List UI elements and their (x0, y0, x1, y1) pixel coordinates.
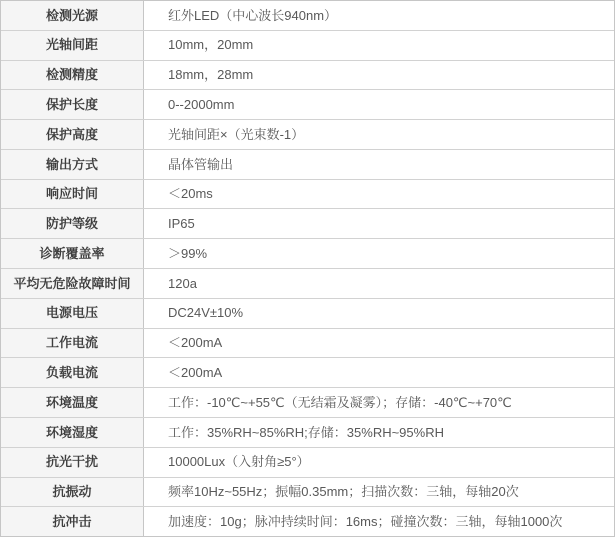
spec-row-shock-resistance: 抗冲击 加速度：10g；脉冲持续时间：16ms；碰撞次数：三轴，每轴1000次 (1, 507, 614, 536)
spec-label: 响应时间 (1, 180, 144, 209)
spec-value: 10000Lux（入射角≥5°） (144, 448, 614, 477)
spec-label: 检测精度 (1, 61, 144, 90)
spec-label: 诊断覆盖率 (1, 239, 144, 268)
spec-label: 输出方式 (1, 150, 144, 179)
spec-value: DC24V±10% (144, 299, 614, 328)
spec-row-load-current: 负载电流 ＜200mA (1, 358, 614, 388)
spec-label: 保护长度 (1, 90, 144, 119)
spec-value: 工作：-10℃~+55℃（无结霜及凝雾）；存储：-40℃~+70℃ (144, 388, 614, 417)
spec-row-supply-voltage: 电源电压 DC24V±10% (1, 299, 614, 329)
spec-value: 红外LED（中心波长940nm） (144, 1, 614, 30)
spec-label: 环境湿度 (1, 418, 144, 447)
spec-row-response-time: 响应时间 ＜20ms (1, 180, 614, 210)
spec-label: 平均无危险故障时间 (1, 269, 144, 298)
spec-label: 光轴间距 (1, 31, 144, 60)
spec-value: ＞99% (144, 239, 614, 268)
spec-row-protection-length: 保护长度 0--2000mm (1, 90, 614, 120)
spec-value: 0--2000mm (144, 90, 614, 119)
spec-row-ambient-humidity: 环境湿度 工作：35%RH~85%RH;存储：35%RH~95%RH (1, 418, 614, 448)
spec-label: 环境温度 (1, 388, 144, 417)
spec-value: 晶体管输出 (144, 150, 614, 179)
spec-value: 120a (144, 269, 614, 298)
specification-table: 检测光源 红外LED（中心波长940nm） 光轴间距 10mm，20mm 检测精… (0, 0, 615, 537)
spec-row-diagnostic-coverage: 诊断覆盖率 ＞99% (1, 239, 614, 269)
spec-row-output-mode: 输出方式 晶体管输出 (1, 150, 614, 180)
spec-row-vibration-resistance: 抗振动 频率10Hz~55Hz；振幅0.35mm；扫描次数：三轴，每轴20次 (1, 478, 614, 508)
spec-row-light-interference-immunity: 抗光干扰 10000Lux（入射角≥5°） (1, 448, 614, 478)
spec-value: 10mm，20mm (144, 31, 614, 60)
spec-value: ＜200mA (144, 358, 614, 387)
spec-label: 抗冲击 (1, 507, 144, 536)
spec-value: IP65 (144, 209, 614, 238)
spec-label: 检测光源 (1, 1, 144, 30)
spec-label: 防护等级 (1, 209, 144, 238)
spec-row-detection-light-source: 检测光源 红外LED（中心波长940nm） (1, 1, 614, 31)
spec-row-detection-accuracy: 检测精度 18mm，28mm (1, 61, 614, 91)
spec-row-mttfd: 平均无危险故障时间 120a (1, 269, 614, 299)
spec-row-protection-rating: 防护等级 IP65 (1, 209, 614, 239)
spec-value: ＜200mA (144, 329, 614, 358)
spec-value: ＜20ms (144, 180, 614, 209)
spec-value: 加速度：10g；脉冲持续时间：16ms；碰撞次数：三轴，每轴1000次 (144, 507, 614, 536)
spec-row-optical-axis-pitch: 光轴间距 10mm，20mm (1, 31, 614, 61)
spec-value: 光轴间距×（光束数-1） (144, 120, 614, 149)
spec-label: 抗光干扰 (1, 448, 144, 477)
spec-row-protection-height: 保护高度 光轴间距×（光束数-1） (1, 120, 614, 150)
spec-label: 工作电流 (1, 329, 144, 358)
spec-label: 负载电流 (1, 358, 144, 387)
spec-row-ambient-temperature: 环境温度 工作：-10℃~+55℃（无结霜及凝雾）；存储：-40℃~+70℃ (1, 388, 614, 418)
spec-label: 保护高度 (1, 120, 144, 149)
spec-label: 抗振动 (1, 478, 144, 507)
spec-value: 18mm，28mm (144, 61, 614, 90)
spec-row-operating-current: 工作电流 ＜200mA (1, 329, 614, 359)
page: 检测光源 红外LED（中心波长940nm） 光轴间距 10mm，20mm 检测精… (0, 0, 615, 537)
spec-label: 电源电压 (1, 299, 144, 328)
spec-value: 频率10Hz~55Hz；振幅0.35mm；扫描次数：三轴，每轴20次 (144, 478, 614, 507)
spec-value: 工作：35%RH~85%RH;存储：35%RH~95%RH (144, 418, 614, 447)
